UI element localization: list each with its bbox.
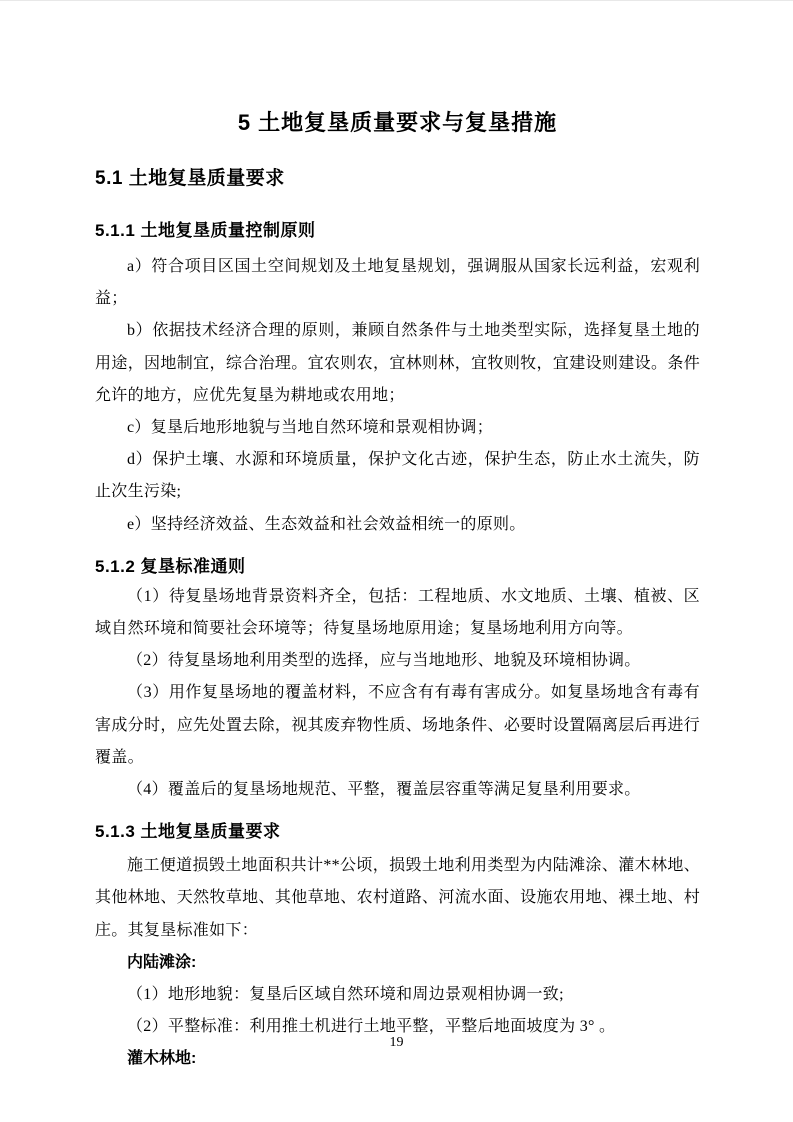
section-5-1-1-heading: 5.1.1 土地复垦质量控制原则: [95, 217, 700, 245]
paragraph-5-1-3-intro: 施工便道损毁土地面积共计**公顷，损毁土地利用类型为内陆滩涂、灌木林地、其他林地…: [95, 850, 700, 947]
section-5-1-3-heading: 5.1.3 土地复垦质量要求: [95, 818, 700, 846]
paragraph-5-1-2-4: （4）覆盖后的复垦场地规范、平整，覆盖层容重等满足复垦利用要求。: [95, 774, 700, 806]
paragraph-5-1-2-2: （2）待复垦场地利用类型的选择，应与当地地形、地貌及环境相协调。: [95, 645, 700, 677]
paragraph-5-1-2-1: （1）待复垦场地背景资料齐全，包括：工程地质、水文地质、土壤、植被、区域自然环境…: [95, 581, 700, 645]
paragraph-5-1-1-c: c）复垦后地形地貌与当地自然环境和景观相协调；: [95, 412, 700, 444]
paragraph-5-1-1-e: e）坚持经济效益、生态效益和社会效益相统一的原则。: [95, 509, 700, 541]
paragraph-mudflat-1: （1）地形地貌：复垦后区域自然环境和周边景观相协调一致;: [95, 979, 700, 1011]
paragraph-5-1-1-a: a）符合项目区国土空间规划及土地复垦规划，强调服从国家长远利益，宏观利益；: [95, 251, 700, 315]
paragraph-5-1-2-3: （3）用作复垦场地的覆盖材料，不应含有有毒有害成分。如复垦场地含有毒有害成分时，…: [95, 677, 700, 774]
section-5-1-heading: 5.1 土地复垦质量要求: [95, 165, 700, 193]
section-5-1-2-heading: 5.1.2 复垦标准通则: [95, 553, 700, 581]
paragraph-5-1-1-b: b）依据技术经济合理的原则，兼顾自然条件与土地类型实际，选择复垦土地的用途，因地…: [95, 315, 700, 412]
page-number: 19: [0, 1033, 793, 1053]
paragraph-5-1-1-d: d）保护土壤、水源和环境质量，保护文化古迹，保护生态，防止水土流失，防止次生污染…: [95, 444, 700, 508]
sub-label-inland-mudflat: 内陆滩涂:: [95, 947, 700, 979]
document-page: 5 土地复垦质量要求与复垦措施 5.1 土地复垦质量要求 5.1.1 土地复垦质…: [0, 0, 793, 1122]
chapter-title: 5 土地复垦质量要求与复垦措施: [95, 107, 700, 139]
